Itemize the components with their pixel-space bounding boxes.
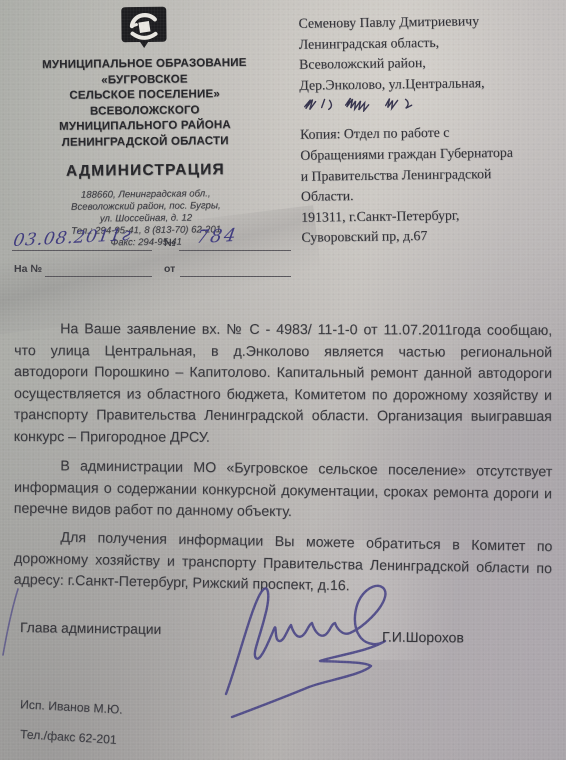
number-label: № bbox=[164, 237, 176, 249]
recipient-line: Дер.Энколово, ул.Центральная, bbox=[299, 72, 555, 96]
org-line: ЛЕНИНГРАДСКОЙ ОБЛАСТИ bbox=[10, 134, 280, 152]
copy-block: Копия: Отдел по работе с Обращениями гра… bbox=[300, 122, 558, 249]
handwritten-number: 784 bbox=[195, 225, 239, 248]
signer-title: Глава администрации bbox=[20, 620, 161, 637]
executor-line: Исп. Иванов М.Ю. bbox=[20, 697, 123, 716]
letter-body: На Ваше заявление вх. № С - 4983/ 11-1-0… bbox=[14, 320, 552, 606]
letterhead: МУНИЦИПАЛЬНОЕ ОБРАЗОВАНИЕ «БУГРОВСКОЕ СЕ… bbox=[9, 5, 282, 251]
body-paragraph: В администрации МО «Бугровское сельское … bbox=[14, 455, 553, 526]
org-line: МУНИЦИПАЛЬНОЕ ОБРАЗОВАНИЕ bbox=[9, 56, 279, 74]
reference-block: 03.08.2011г № 784 На № от bbox=[12, 234, 302, 286]
signer-name: Г.И.Шорохов bbox=[382, 629, 464, 646]
redacted-house-number-scribble bbox=[302, 95, 420, 113]
municipal-emblem-icon bbox=[120, 6, 168, 50]
executor-phone: Тел./факс 62-201 bbox=[20, 727, 117, 747]
body-paragraph: На Ваше заявление вх. № С - 4983/ 11-1-0… bbox=[14, 319, 552, 450]
from-label: от bbox=[164, 263, 175, 275]
incoming-underline bbox=[45, 260, 152, 277]
date-number-row: 03.08.2011г № 784 bbox=[12, 234, 302, 260]
organization-name: МУНИЦИПАЛЬНОЕ ОБРАЗОВАНИЕ «БУГРОВСКОЕ СЕ… bbox=[9, 56, 280, 152]
incoming-row: На № от bbox=[12, 260, 302, 286]
signature-stroke-tail bbox=[0, 586, 22, 658]
department-title: АДМИНИСТРАЦИЯ bbox=[10, 160, 280, 181]
scanned-letter-page: МУНИЦИПАЛЬНОЕ ОБРАЗОВАНИЕ «БУГРОВСКОЕ СЕ… bbox=[0, 0, 566, 760]
incoming-label: На № bbox=[14, 263, 42, 275]
from-underline bbox=[180, 260, 291, 277]
recipient-block: Семенову Павлу Дмитриевичу Ленинградская… bbox=[298, 10, 557, 248]
copy-line: Суворовский пр, д.67 bbox=[301, 225, 557, 249]
